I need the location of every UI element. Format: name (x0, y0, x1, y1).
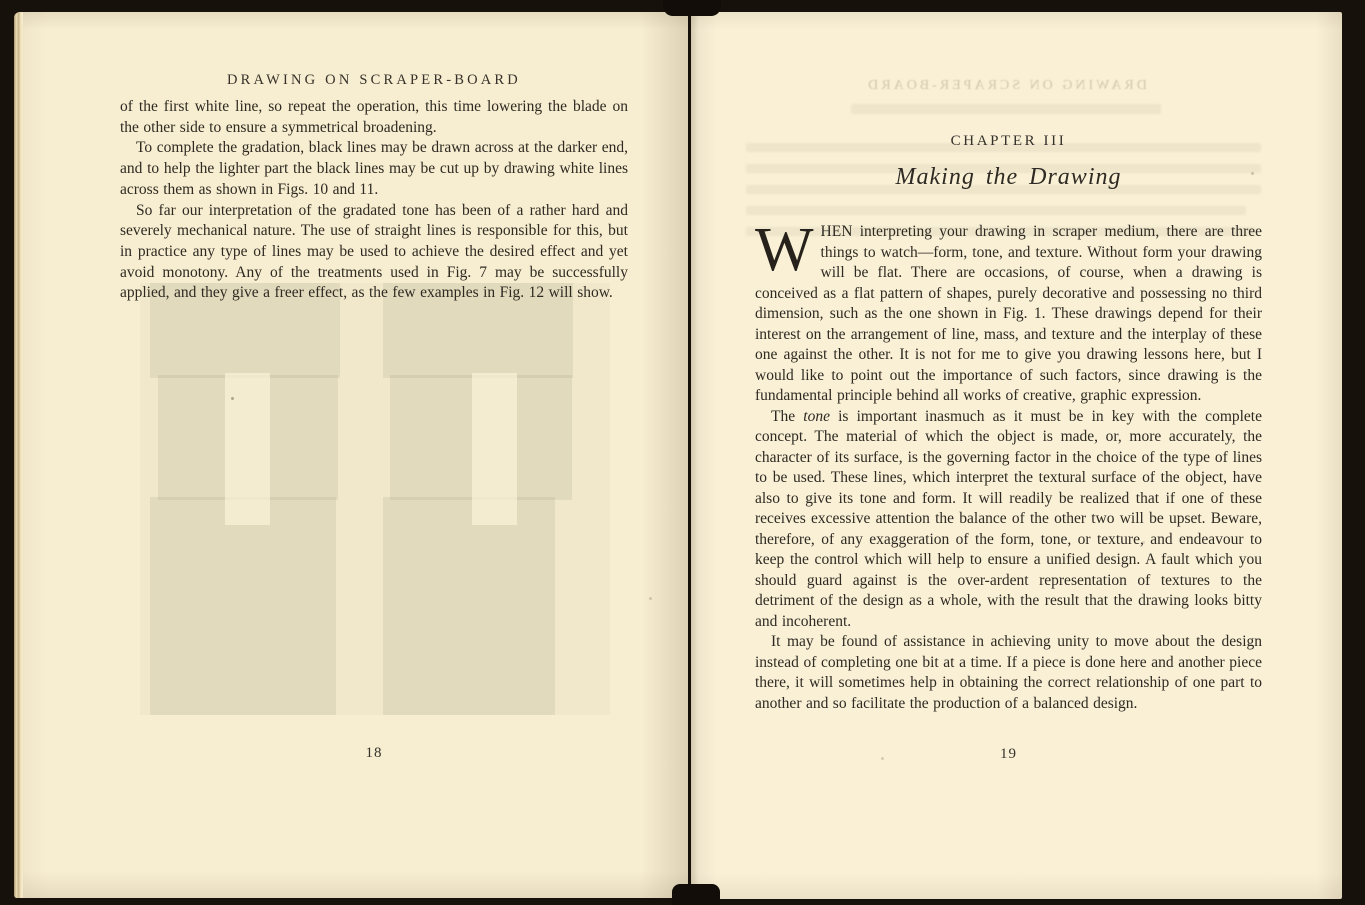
running-head: DRAWING ON SCRAPER-BOARD (120, 72, 628, 89)
paragraph-text: HEN interpreting your drawing in scraper… (755, 223, 1262, 404)
left-page: DRAWING ON SCRAPER-BOARD of the first wh… (14, 12, 688, 898)
show-through-running-head: DRAWING ON SCRAPER-BOARD (751, 78, 1261, 94)
paragraph-text: The (771, 408, 803, 425)
show-through-gap (225, 373, 270, 525)
left-page-body: of the first white line, so repeat the o… (120, 97, 628, 304)
italic-word: tone (803, 408, 830, 425)
paragraph: So far our interpretation of the gradate… (120, 201, 628, 305)
paragraph-with-dropcap: WHEN interpreting your drawing in scrape… (755, 222, 1262, 407)
show-through-block (383, 497, 555, 715)
show-through-block (150, 497, 336, 715)
paragraph-text: is important inasmuch as it must be in k… (755, 408, 1262, 630)
paper-speck (1142, 541, 1145, 544)
spine-bottom-edge (672, 884, 720, 905)
chapter-heading: CHAPTER III (755, 133, 1262, 150)
page-number: 19 (755, 746, 1262, 763)
chapter-title: Making the Drawing (755, 164, 1262, 191)
right-page: DRAWING ON SCRAPER-BOARD CHAPTER III Mak… (691, 12, 1342, 899)
show-through-line (746, 206, 1246, 215)
right-page-body: WHEN interpreting your drawing in scrape… (755, 222, 1262, 714)
show-through-gap (472, 373, 517, 525)
paragraph: It may be found of assistance in achievi… (755, 632, 1262, 714)
paper-speck (231, 397, 234, 400)
paragraph: To complete the gradation, black lines m… (120, 138, 628, 200)
paper-speck (881, 757, 884, 760)
spine-top-edge (663, 0, 721, 16)
book-spread-scan: DRAWING ON SCRAPER-BOARD of the first wh… (0, 0, 1365, 905)
page-number: 18 (120, 745, 628, 762)
paper-speck (1251, 172, 1254, 175)
paragraph: of the first white line, so repeat the o… (120, 97, 628, 138)
show-through-line (851, 104, 1161, 114)
dropcap-letter: W (755, 222, 821, 275)
paragraph: The tone is important inasmuch as it mus… (755, 407, 1262, 633)
paper-speck (649, 597, 652, 600)
page-stack-edge (14, 12, 23, 898)
